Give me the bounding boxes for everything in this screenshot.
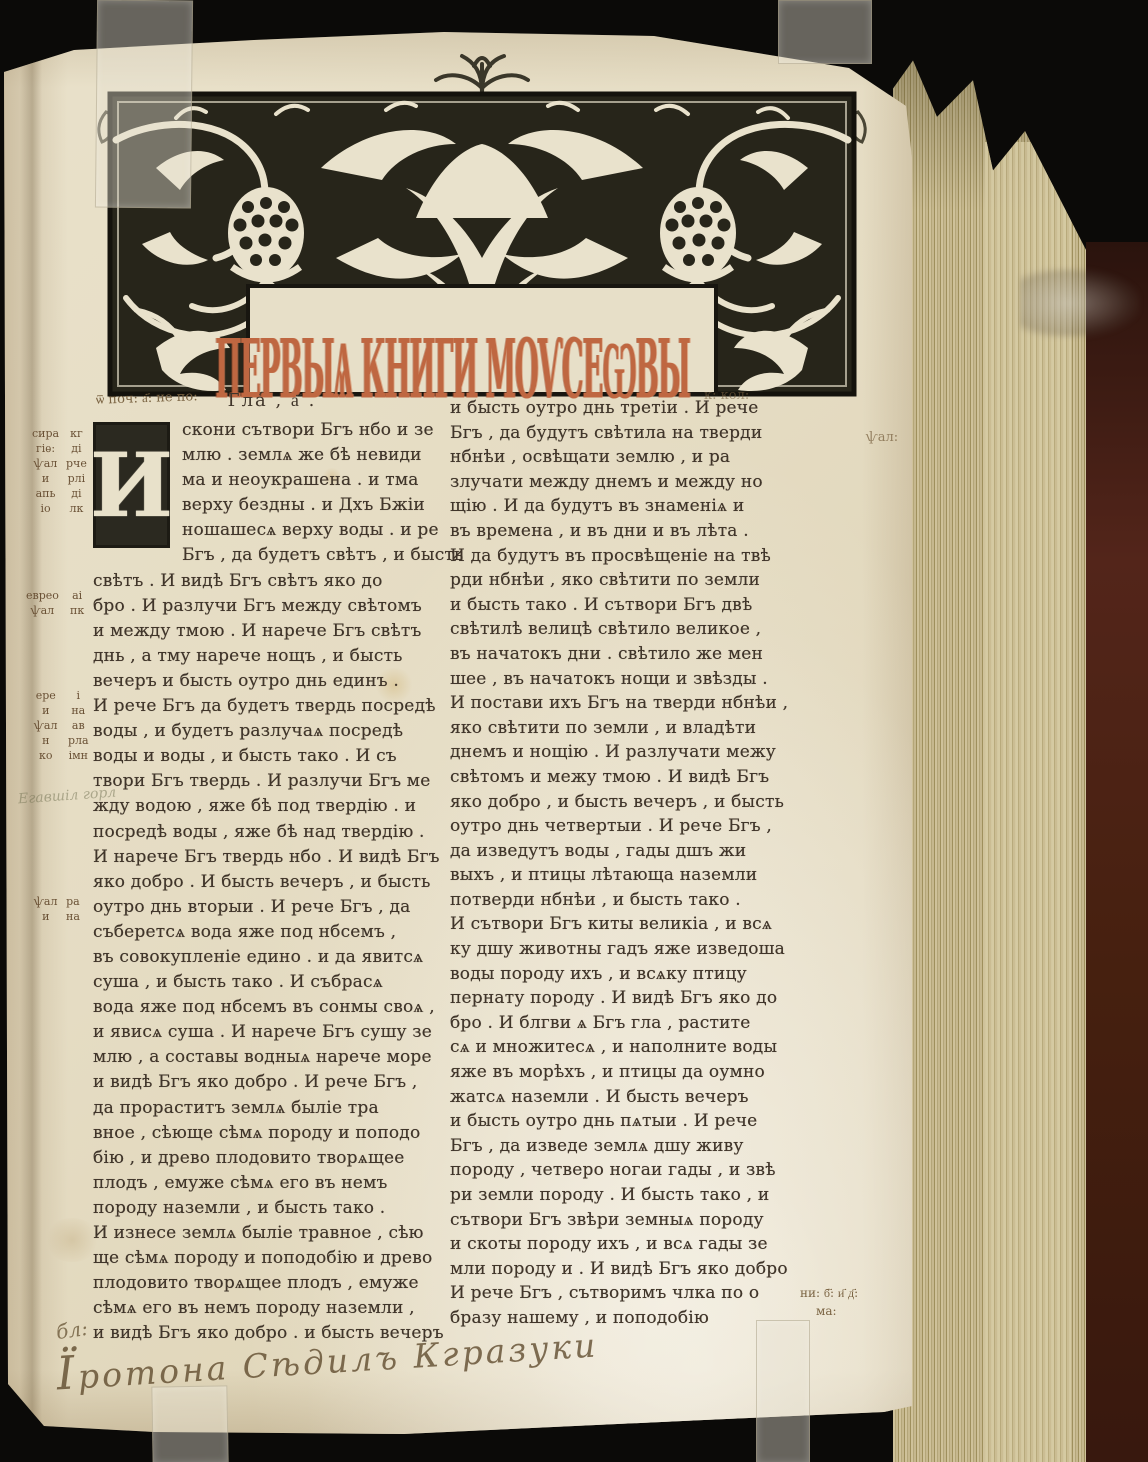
- tape-strip-top-right: [778, 0, 872, 64]
- text-line: воды , и будетъ разлучаѧ посредѣ: [93, 719, 451, 744]
- margin-refs-cluster2-b: інааврлаімн: [68, 688, 89, 763]
- tape-strip-bottom-right: [756, 1320, 810, 1462]
- text-line: И рече Бгъ , сътворимъ члка по о: [450, 1281, 842, 1306]
- text-line: выхъ , и птицы лѣтающа наземли: [450, 863, 842, 888]
- text-line: нбнѣи , освѣщати землю , и ра: [450, 445, 842, 470]
- text-line: рди нбнѣи , яко свѣтити по земли: [450, 568, 842, 593]
- text-line: и бысть тако . И сътвори Бгъ двѣ: [450, 593, 842, 618]
- tape-strip-bottom-left: [151, 1385, 228, 1462]
- margin-refs-cluster1-a: сирагіѳ:ѱалиапьіо: [32, 426, 59, 516]
- text-column-2: и бысть оутро днь третіи . И речеБгъ , д…: [450, 396, 842, 1331]
- text-line: суша , и бысть тако . И събрасѧ: [93, 970, 451, 995]
- text-line: Бгъ , да будутъ свѣтила на тверди: [450, 421, 842, 446]
- text-line: свѣтилѣ велицѣ свѣтило великое ,: [450, 617, 842, 642]
- annotation-bottom-right-2: ма:: [816, 1304, 837, 1318]
- book-binding-cover: [1086, 242, 1148, 1462]
- text-line: мли породу и . И видѣ Бгъ яко добро: [450, 1257, 842, 1282]
- text-line: вода яже под нбсемъ въ сонмы своѧ ,: [93, 995, 451, 1020]
- margin-refs-cluster1-b: кгдірчерліділк: [66, 426, 87, 516]
- text-line: и бысть оутро днь пѧтыи . И рече: [450, 1109, 842, 1134]
- text-line: свѣтомъ и межу тмою . И видѣ Бгъ: [450, 765, 842, 790]
- text-line: воды и воды , и бысть тако . И съ: [93, 744, 451, 769]
- text-line: да прораститъ землѧ быліе тра: [93, 1096, 451, 1121]
- text-line: сѧ и множитесѧ , и наполните воды: [450, 1035, 842, 1060]
- margin-refs-cluster2-a: ереиѱалнко: [34, 688, 57, 763]
- text-line: ку дшу животны гадъ яже изведоша: [450, 937, 842, 962]
- book-fore-edge-pages: [893, 52, 1093, 1462]
- margin-refs-cluster1b-b: аіпк: [70, 588, 84, 618]
- headpiece-crest: [436, 56, 528, 94]
- foxing-spot: [44, 1218, 100, 1262]
- binding-top-highlight: [1020, 268, 1140, 338]
- bible-page: ПЕРВЫѦ КНИГИ МОѴСЕѠВЫ Гла́ , а҃ . ѿ поч:…: [4, 28, 912, 1440]
- text-line: породу наземли , и бысть тако .: [93, 1196, 451, 1221]
- text-line: воды породу ихъ , и всѧку птицу: [450, 962, 842, 987]
- text-line: яже въ морѣхъ , и птицы да оумно: [450, 1060, 842, 1085]
- text-line: жатсѧ наземли . И бысть вечеръ: [450, 1085, 842, 1110]
- text-line: вное , сѣюще сѣмѧ породу и поподо: [93, 1121, 451, 1146]
- text-line: плодовито творѧщее плодъ , емуже: [93, 1271, 451, 1296]
- text-line: сътвори Бгъ звѣри земныѧ породу: [450, 1208, 842, 1233]
- text-line: и между тмою . И нарече Бгъ свѣтъ: [93, 619, 451, 644]
- text-line: пернату породу . И видѣ Бгъ яко до: [450, 986, 842, 1011]
- text-line: твори Бгъ твердь . И разлучи Бгъ ме: [93, 769, 451, 794]
- margin-refs-cluster3-b: рана: [66, 894, 80, 924]
- text-line: оутро днь вторыи . И рече Бгъ , да: [93, 895, 451, 920]
- tape-strip-top-left: [95, 0, 193, 208]
- text-line: съберетсѧ вода яже под нбсемъ ,: [93, 920, 451, 945]
- text-line: свѣтъ . И видѣ Бгъ свѣтъ яко до: [93, 569, 451, 594]
- text-line: ри земли породу . И бысть тако , и: [450, 1183, 842, 1208]
- text-line: днь , а тму нарече нощъ , и бысть: [93, 644, 451, 669]
- text-line: И изнесе землѧ быліе травное , сѣю: [93, 1221, 451, 1246]
- text-line: оутро днь четвертыи . И рече Бгъ ,: [450, 814, 842, 839]
- text-line: яко свѣтити по земли , и владѣти: [450, 716, 842, 741]
- text-line: млю , а составы водныѧ нарече море: [93, 1045, 451, 1070]
- text-line: яко добро , и бысть вечеръ , и бысть: [450, 790, 842, 815]
- text-line: бро . И разлучи Бгъ между свѣтомъ: [93, 594, 451, 619]
- drop-initial-woodcut: И: [93, 422, 170, 548]
- text-line: ще сѣмѧ породу и поподобію и древо: [93, 1246, 451, 1271]
- text-line: шее , въ начатокъ нощи и звѣзды .: [450, 667, 842, 692]
- text-line: щію . И да будутъ въ знаменіѧ и: [450, 494, 842, 519]
- inscription-prefix: бл:: [54, 1316, 89, 1344]
- text-column-1: И скони сътвори Бгъ нбо и землю . землѧ …: [93, 418, 451, 1346]
- text-line: сѣмѧ его въ немъ породу наземли ,: [93, 1296, 451, 1321]
- drop-initial-letter: И: [90, 441, 173, 529]
- book-photograph: ПЕРВЫѦ КНИГИ МОѴСЕѠВЫ Гла́ , а҃ . ѿ поч:…: [0, 0, 1148, 1462]
- text-line: въ совокупленіе едино . и да явитсѧ: [93, 945, 451, 970]
- text-line: Бгъ , да изведе землѧ дшу живу: [450, 1134, 842, 1159]
- text-line: И постави ихъ Бгъ на тверди нбнѣи ,: [450, 691, 842, 716]
- text-line: въ времена , и въ дни и въ лѣта .: [450, 519, 842, 544]
- text-line: и бысть оутро днь третіи . И рече: [450, 396, 842, 421]
- text-line: И рече Бгъ да будетъ твердь посредѣ: [93, 694, 451, 719]
- column-1-lines: скони сътвори Бгъ нбо и землю . землѧ же…: [93, 418, 451, 1346]
- text-line: въ начатокъ дни . свѣтило же мен: [450, 642, 842, 667]
- text-line: бію , и древо плодовито творѧщее: [93, 1146, 451, 1171]
- text-line: и явисѧ суша . И нарече Бгъ сушу зе: [93, 1020, 451, 1045]
- text-line: И сътвори Бгъ киты великіа , и всѧ: [450, 912, 842, 937]
- text-line: жду водою , яже бѣ под твердію . и: [93, 794, 451, 819]
- text-line: да изведутъ воды , гады дшъ жи: [450, 839, 842, 864]
- inscription-initial: Ї: [55, 1345, 79, 1400]
- text-line: вечеръ и бысть оутро днь единъ .: [93, 669, 451, 694]
- text-line: бро . И блгви ѧ Бгъ гла , растите: [450, 1011, 842, 1036]
- text-line: и видѣ Бгъ яко добро . И рече Бгъ ,: [93, 1070, 451, 1095]
- text-line: злучати между днемъ и между но: [450, 470, 842, 495]
- text-line: посредѣ воды , яже бѣ над твердію .: [93, 820, 451, 845]
- text-line: яко добро . И бысть вечеръ , и бысть: [93, 870, 451, 895]
- fore-edge-inner-band: [985, 142, 1071, 1462]
- margin-refs-cluster1b-a: евреоѱал: [26, 588, 59, 618]
- annotation-psalm-right: ѱал:: [866, 430, 898, 445]
- margin-refs-cluster3-a: ѱали: [34, 894, 57, 924]
- text-line: плодъ , емуже сѣмѧ его въ немъ: [93, 1171, 451, 1196]
- text-line: И да будутъ въ просвѣщеніе на твѣ: [450, 544, 842, 569]
- text-line: И нарече Бгъ твердь нбо . И видѣ Бгъ: [93, 845, 451, 870]
- text-line: и скоты породу ихъ , и всѧ гады зе: [450, 1232, 842, 1257]
- annotation-bottom-right-1: ни: б҃: и҃ д҃:: [800, 1286, 858, 1301]
- text-line: потверди нбнѣи , и бысть тако .: [450, 888, 842, 913]
- text-line: породу , четверо ногаи гады , и звѣ: [450, 1158, 842, 1183]
- text-line: днемъ и нощію . И разлучати межу: [450, 740, 842, 765]
- column-2-lines: и бысть оутро днь третіи . И речеБгъ , д…: [450, 396, 842, 1331]
